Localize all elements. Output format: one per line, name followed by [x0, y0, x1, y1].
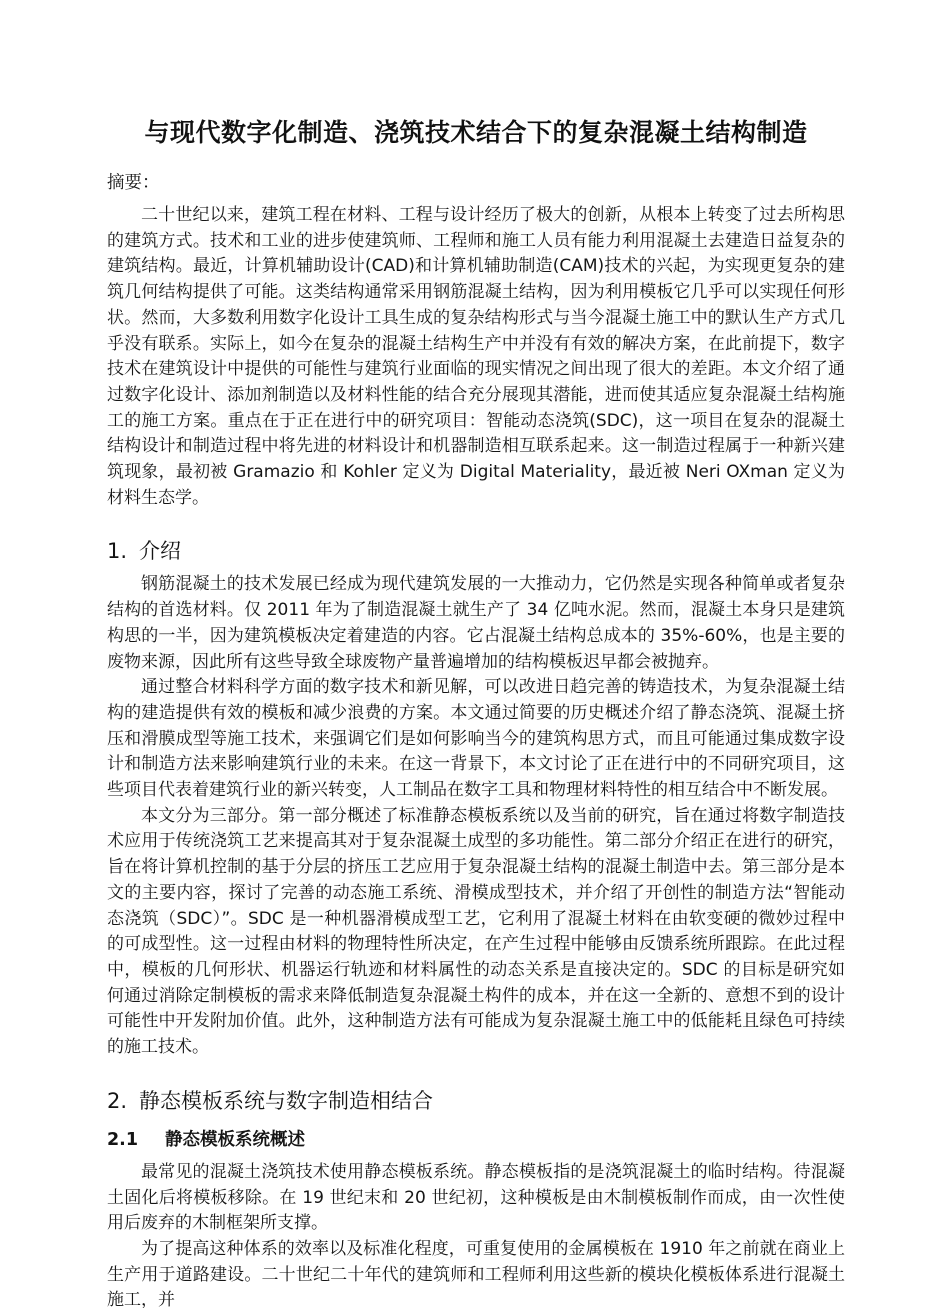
abstract-text: 二十世纪以来，建筑工程在材料、工程与设计经历了极大的创新，从根本上转变了过去所构…	[107, 203, 845, 511]
abstract-label: 摘要：	[107, 170, 845, 196]
paragraph: 为了提高这种体系的效率以及标准化程度，可重复使用的金属模板在 1910 年之前就…	[107, 1237, 845, 1308]
section-2-heading: 2.静态模板系统与数字制造相结合	[107, 1086, 845, 1116]
subsection-2-1-heading: 2.1静态模板系统概述	[107, 1127, 845, 1153]
paragraph: 钢筋混凝土的技术发展已经成为现代建筑发展的一大推动力，它仍然是实现各种简单或者复…	[107, 572, 845, 675]
section-2-title: 静态模板系统与数字制造相结合	[139, 1089, 433, 1113]
subsection-2-1-number: 2.1	[107, 1127, 165, 1153]
paragraph: 本文分为三部分。第一部分概述了标准静态模板系统以及当前的研究，旨在通过将数字制造…	[107, 804, 845, 1061]
paragraph: 最常见的混凝土浇筑技术使用静态模板系统。静态模板指的是浇筑混凝土的临时结构。待混…	[107, 1160, 845, 1237]
paper-page: 与现代数字化制造、浇筑技术结合下的复杂混凝土结构制造 摘要： 二十世纪以来，建筑…	[0, 0, 925, 1308]
subsection-2-1-title: 静态模板系统概述	[165, 1130, 305, 1150]
section-1-heading: 1.介绍	[107, 536, 845, 566]
section-1-number: 1.	[107, 539, 127, 563]
section-2-number: 2.	[107, 1089, 127, 1113]
paper-title: 与现代数字化制造、浇筑技术结合下的复杂混凝土结构制造	[107, 116, 845, 150]
section-1-title: 介绍	[139, 539, 181, 563]
paragraph: 通过整合材料科学方面的数字技术和新见解，可以改进日趋完善的铸造技术，为复杂混凝土…	[107, 675, 845, 804]
